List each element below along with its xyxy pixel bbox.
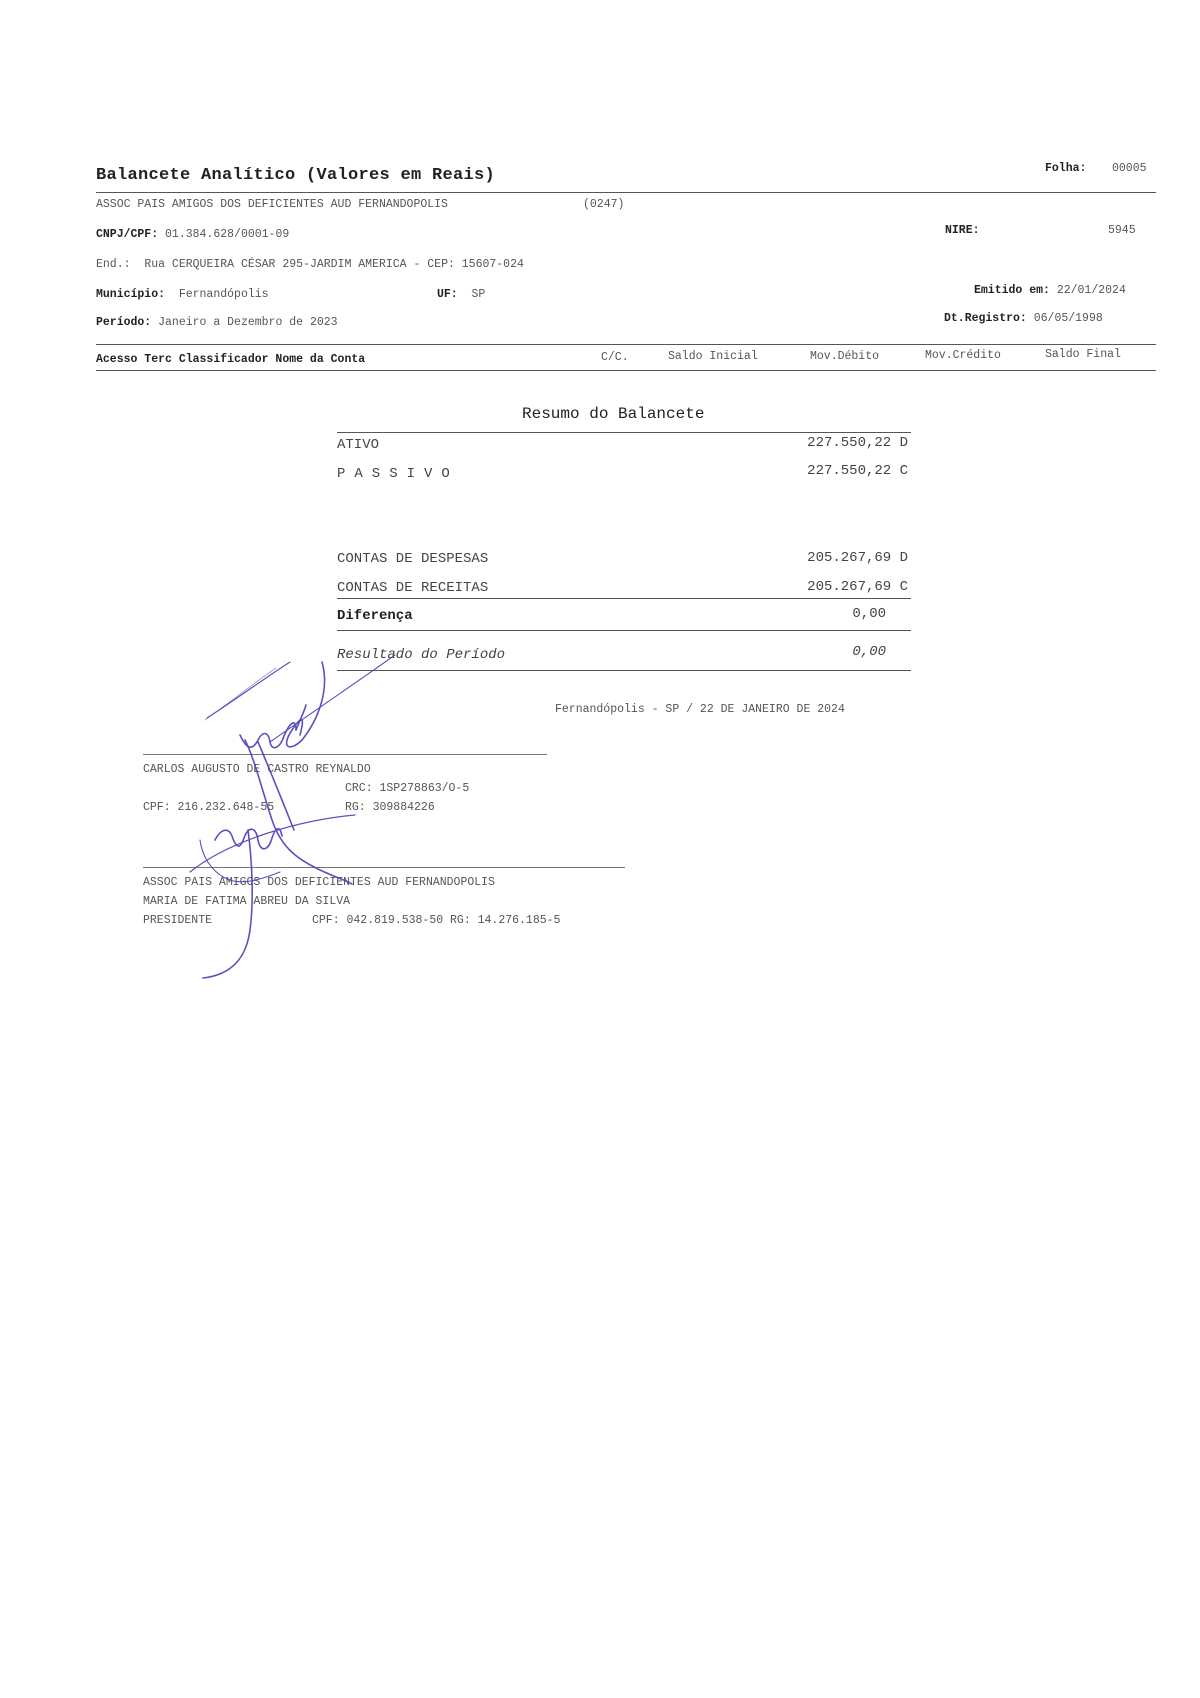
resumo-row-despesas-value: 205.267,69 D	[700, 550, 908, 566]
entity-name: ASSOC PAIS AMIGOS DOS DEFICIENTES AUD FE…	[96, 198, 448, 211]
resumo-row-resultado-value: 0,00	[700, 644, 886, 660]
resumo-top-rule	[337, 432, 911, 433]
municipio-field: Município: Fernandópolis	[96, 288, 269, 301]
signature-line-2	[143, 867, 625, 868]
registro-label: Dt.Registro:	[944, 312, 1027, 325]
signatory-2-ids: CPF: 042.819.538-50 RG: 14.276.185-5	[312, 914, 560, 927]
column-saldo-final: Saldo Final	[1045, 348, 1121, 361]
resumo-row-receitas-value: 205.267,69 C	[700, 579, 908, 595]
registro-field: Dt.Registro: 06/05/1998	[944, 312, 1103, 325]
uf-value: SP	[472, 288, 486, 301]
address-value: Rua CERQUEIRA CÉSAR 295-JARDIM AMERICA -…	[144, 258, 524, 271]
document-title: Balancete Analítico (Valores em Reais)	[96, 166, 495, 185]
resumo-row-diferenca-label: Diferença	[337, 608, 413, 624]
resumo-row-diferenca-value: 0,00	[700, 606, 886, 622]
column-cc: C/C.	[601, 351, 629, 364]
address-field: End.: Rua CERQUEIRA CÉSAR 295-JARDIM AME…	[96, 258, 524, 271]
handwritten-signatures	[0, 0, 1200, 1698]
signatory-1-cpf: CPF: 216.232.648-55	[143, 801, 274, 814]
column-mov-credito: Mov.Crédito	[925, 349, 1001, 362]
column-left-headers: Acesso Terc Classificador Nome da Conta	[96, 353, 365, 366]
periodo-label: Período:	[96, 316, 151, 329]
resumo-row-receitas-label: CONTAS DE RECEITAS	[337, 580, 488, 596]
nire-label: NIRE:	[945, 224, 980, 237]
cnpj-label: CNPJ/CPF:	[96, 228, 158, 241]
municipio-value: Fernandópolis	[179, 288, 269, 301]
resumo-row-resultado-label: Resultado do Período	[337, 647, 505, 663]
signatory-2-name: MARIA DE FATIMA ABREU DA SILVA	[143, 895, 350, 908]
folha-value: 00005	[1112, 162, 1147, 175]
signatory-2-role: PRESIDENTE	[143, 914, 212, 927]
resumo-row-ativo-label: ATIVO	[337, 437, 379, 453]
emitido-value: 22/01/2024	[1057, 284, 1126, 297]
resumo-row-passivo-value: 227.550,22 C	[700, 463, 908, 479]
nire-value: 5945	[1108, 224, 1136, 237]
header-rule	[96, 192, 1156, 193]
resumo-title: Resumo do Balancete	[522, 405, 704, 423]
periodo-value: Janeiro a Dezembro de 2023	[158, 316, 337, 329]
column-mov-debito: Mov.Débito	[810, 350, 879, 363]
municipio-label: Município:	[96, 288, 165, 301]
resumo-mid-rule	[337, 598, 911, 599]
columns-top-rule	[96, 344, 1156, 345]
emitido-field: Emitido em: 22/01/2024	[974, 284, 1126, 297]
resumo-bottom-rule	[337, 670, 911, 671]
resumo-row-ativo-value: 227.550,22 D	[700, 435, 908, 451]
uf-label: UF:	[437, 288, 458, 301]
registro-value: 06/05/1998	[1034, 312, 1103, 325]
columns-bottom-rule	[96, 370, 1156, 371]
signatory-1-crc: CRC: 1SP278863/O-5	[345, 782, 469, 795]
resumo-row-passivo-label: PASSIVO	[337, 466, 459, 482]
resumo-row-despesas-label: CONTAS DE DESPESAS	[337, 551, 488, 567]
emitido-label: Emitido em:	[974, 284, 1050, 297]
cnpj-field: CNPJ/CPF: 01.384.628/0001-09	[96, 228, 289, 241]
signatory-2-entity: ASSOC PAIS AMIGOS DOS DEFICIENTES AUD FE…	[143, 876, 495, 889]
entity-code: (0247)	[583, 198, 624, 211]
column-saldo-inicial: Saldo Inicial	[668, 350, 758, 363]
periodo-field: Período: Janeiro a Dezembro de 2023	[96, 316, 338, 329]
resumo-diferenca-rule	[337, 630, 911, 631]
signatory-1-name: CARLOS AUGUSTO DE CASTRO REYNALDO	[143, 763, 371, 776]
uf-field: UF: SP	[437, 288, 485, 301]
signatory-1-rg: RG: 309884226	[345, 801, 435, 814]
cnpj-value: 01.384.628/0001-09	[165, 228, 289, 241]
address-label: End.:	[96, 258, 131, 271]
place-date: Fernandópolis - SP / 22 DE JANEIRO DE 20…	[555, 703, 845, 716]
folha-label-text: Folha:	[1045, 162, 1086, 175]
folha-label: Folha:	[1045, 162, 1086, 175]
signature-line-1	[143, 754, 547, 755]
